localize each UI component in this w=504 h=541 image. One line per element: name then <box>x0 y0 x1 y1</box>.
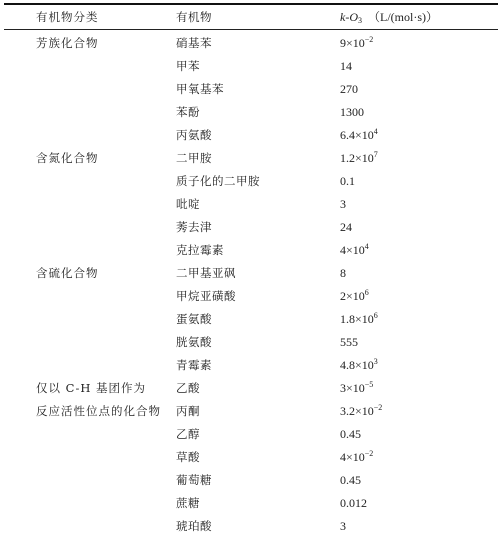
row-rate-constant: 4×104 <box>340 239 369 262</box>
row-rate-constant: 3 <box>340 515 346 538</box>
table-row: 芳族化合物硝基苯9×10−2 <box>4 32 498 55</box>
row-compound: 丙氨酸 <box>176 124 212 147</box>
table-row: 丙氨酸6.4×104 <box>4 124 498 147</box>
row-rate-constant: 1.8×106 <box>340 308 378 331</box>
row-category: 反应活性位点的化合物 <box>36 400 161 423</box>
row-compound: 丙酮 <box>176 400 200 423</box>
row-compound: 甲烷亚磺酸 <box>176 285 236 308</box>
row-rate-constant: 6.4×104 <box>340 124 378 147</box>
row-rate-constant: 3 <box>340 193 346 216</box>
row-compound: 草酸 <box>176 446 200 469</box>
row-compound: 琥珀酸 <box>176 515 212 538</box>
row-rate-constant: 3×10−5 <box>340 377 373 400</box>
row-compound: 乙酸 <box>176 377 200 400</box>
rate-exponent: −2 <box>365 35 374 44</box>
header-rate-constant: k-O3 （L/(mol·s)） <box>340 5 438 30</box>
rate-base: 0.1 <box>340 174 355 188</box>
rate-base: 24 <box>340 220 352 234</box>
rate-exponent: 4 <box>374 127 378 136</box>
header-category: 有机物分类 <box>36 5 99 30</box>
table-row: 乙醇0.45 <box>4 423 498 446</box>
rate-exponent: −2 <box>365 449 374 458</box>
rate-constant-table: 有机物分类 有机物 k-O3 （L/(mol·s)） 芳族化合物硝基苯9×10−… <box>4 3 498 541</box>
row-rate-constant: 8 <box>340 262 346 285</box>
rate-base: 6.4×10 <box>340 128 374 142</box>
rate-base: 14 <box>340 59 352 73</box>
rate-base: 1.8×10 <box>340 312 374 326</box>
rate-base: 8 <box>340 266 346 280</box>
row-compound: 乙醇 <box>176 423 200 446</box>
row-compound: 二甲胺 <box>176 147 212 170</box>
rate-base: 4.8×10 <box>340 358 374 372</box>
row-compound: 克拉霉素 <box>176 239 224 262</box>
row-compound: 葡萄糖 <box>176 469 212 492</box>
rate-exponent: 6 <box>365 288 369 297</box>
row-rate-constant: 0.012 <box>340 492 367 515</box>
row-rate-constant: 4×10−2 <box>340 446 373 469</box>
table-row: 莠去津24 <box>4 216 498 239</box>
table-row: 甲氧基苯270 <box>4 78 498 101</box>
row-rate-constant: 555 <box>340 331 358 354</box>
row-compound: 蛋氨酸 <box>176 308 212 331</box>
table-body: 芳族化合物硝基苯9×10−2甲苯14甲氧基苯270苯酚1300丙氨酸6.4×10… <box>4 30 498 538</box>
row-compound: 质子化的二甲胺 <box>176 170 260 193</box>
rate-exponent: 6 <box>374 311 378 320</box>
row-compound: 胱氨酸 <box>176 331 212 354</box>
row-compound: 吡啶 <box>176 193 200 216</box>
rate-base: 9×10 <box>340 36 365 50</box>
row-compound: 苯酚 <box>176 101 200 124</box>
row-rate-constant: 9×10−2 <box>340 32 373 55</box>
row-rate-constant: 24 <box>340 216 352 239</box>
row-category: 仅以 C-H 基团作为 <box>36 377 146 400</box>
rate-base: 4×10 <box>340 243 365 257</box>
table-row: 胱氨酸555 <box>4 331 498 354</box>
row-rate-constant: 270 <box>340 78 358 101</box>
row-rate-constant: 0.1 <box>340 170 355 193</box>
row-compound: 二甲基亚砜 <box>176 262 236 285</box>
rate-exponent: 7 <box>374 150 378 159</box>
row-rate-constant: 1300 <box>340 101 364 124</box>
rate-base: 0.45 <box>340 473 361 487</box>
rate-base: 270 <box>340 82 358 96</box>
rate-base: 3.2×10 <box>340 404 374 418</box>
table-row: 葡萄糖0.45 <box>4 469 498 492</box>
rate-base: 3 <box>340 197 346 211</box>
row-rate-constant: 0.45 <box>340 423 361 446</box>
row-compound: 硝基苯 <box>176 32 212 55</box>
rate-base: 0.45 <box>340 427 361 441</box>
rate-exponent: −5 <box>365 380 374 389</box>
table-row: 蛋氨酸1.8×106 <box>4 308 498 331</box>
rate-base: 4×10 <box>340 450 365 464</box>
table-row: 质子化的二甲胺0.1 <box>4 170 498 193</box>
header-compound: 有机物 <box>176 5 212 30</box>
rate-exponent: 3 <box>374 357 378 366</box>
table-row: 琥珀酸3 <box>4 515 498 538</box>
row-compound: 甲氧基苯 <box>176 78 224 101</box>
row-category: 芳族化合物 <box>36 32 99 55</box>
rate-base: 555 <box>340 335 358 349</box>
table-row: 青霉素4.8×103 <box>4 354 498 377</box>
rate-base: 1300 <box>340 105 364 119</box>
header-rate-prefix: k-O <box>340 10 358 24</box>
header-rate-unit: （L/(mol·s)） <box>368 10 438 24</box>
row-rate-constant: 14 <box>340 55 352 78</box>
row-compound: 青霉素 <box>176 354 212 377</box>
row-compound: 甲苯 <box>176 55 200 78</box>
table-row: 苯酚1300 <box>4 101 498 124</box>
rate-base: 2×10 <box>340 289 365 303</box>
header-row: 有机物分类 有机物 k-O3 （L/(mol·s)） <box>4 5 498 29</box>
rate-base: 0.012 <box>340 496 367 510</box>
table-row: 吡啶3 <box>4 193 498 216</box>
rate-base: 1.2×10 <box>340 151 374 165</box>
table-row: 克拉霉素4×104 <box>4 239 498 262</box>
table-row: 反应活性位点的化合物丙酮3.2×10−2 <box>4 400 498 423</box>
row-rate-constant: 0.45 <box>340 469 361 492</box>
row-rate-constant: 2×106 <box>340 285 369 308</box>
row-rate-constant: 3.2×10−2 <box>340 400 382 423</box>
rate-base: 3×10 <box>340 381 365 395</box>
row-rate-constant: 1.2×107 <box>340 147 378 170</box>
row-rate-constant: 4.8×103 <box>340 354 378 377</box>
row-category: 含硫化合物 <box>36 262 99 285</box>
table-row: 草酸4×10−2 <box>4 446 498 469</box>
table-row: 仅以 C-H 基团作为乙酸3×10−5 <box>4 377 498 400</box>
rate-base: 3 <box>340 519 346 533</box>
row-compound: 蔗糖 <box>176 492 200 515</box>
table-row: 含硫化合物二甲基亚砜8 <box>4 262 498 285</box>
table-row: 甲苯14 <box>4 55 498 78</box>
row-category: 含氮化合物 <box>36 147 99 170</box>
rate-exponent: 4 <box>365 242 369 251</box>
table-row: 含氮化合物二甲胺1.2×107 <box>4 147 498 170</box>
row-compound: 莠去津 <box>176 216 212 239</box>
table-row: 甲烷亚磺酸2×106 <box>4 285 498 308</box>
rate-exponent: −2 <box>374 403 383 412</box>
header-rate-subscript: 3 <box>358 16 362 25</box>
table-row: 蔗糖0.012 <box>4 492 498 515</box>
